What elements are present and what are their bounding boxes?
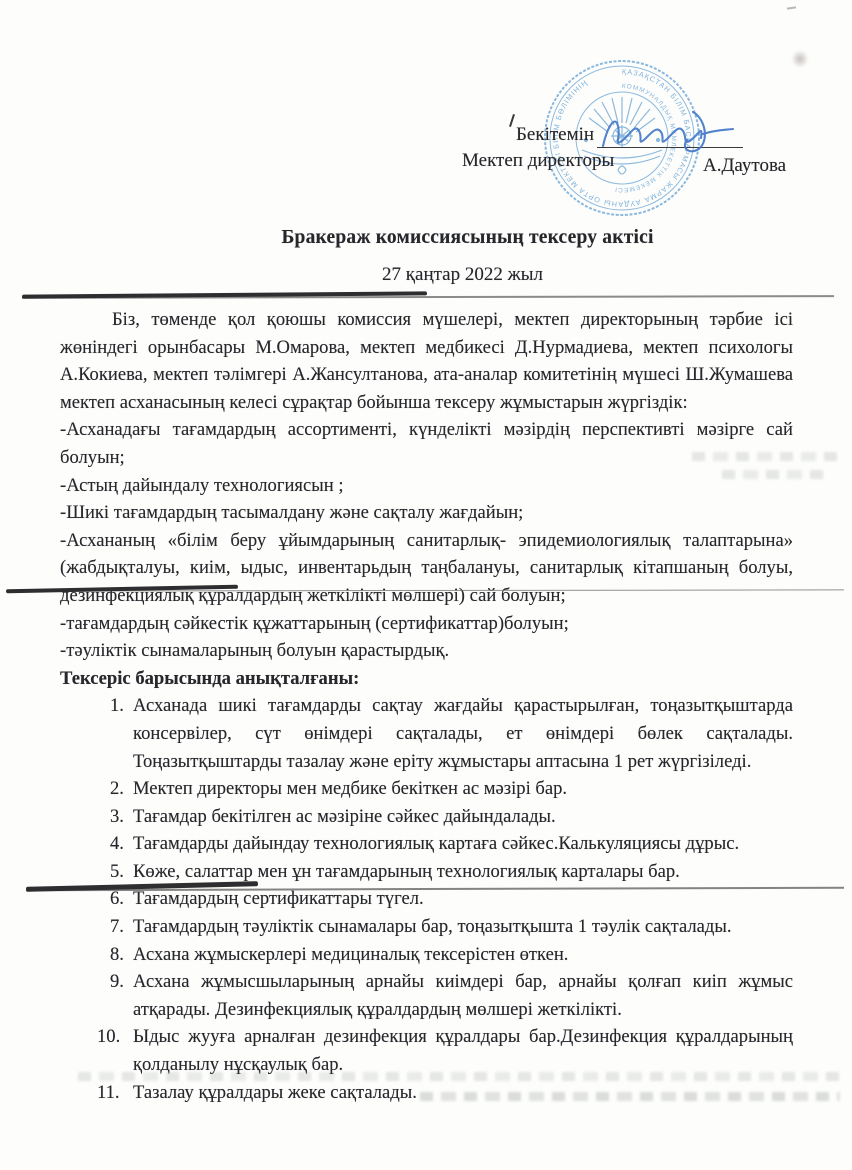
pen-tick-mark [509,114,515,127]
checklist-item: -Шикі тағамдардың тасымалдану және сақта… [60,499,793,527]
findings-heading: Тексеріс барысында анықталғаны: [60,665,793,693]
finding-text: Асхана жұмысшыларының арнайы киімдері ба… [133,971,793,1020]
finding-text: Көже, салаттар мен ұн тағамдарының техно… [133,861,680,882]
finding-number: 8. [110,941,124,969]
finding-item: 9.Асхана жұмысшыларының арнайы киімдері … [60,968,793,1023]
finding-item: 4.Тағамдарды дайындау технологиялық карт… [60,830,793,858]
checklist-item: -тәуліктік сынамаларының болуын қарастыр… [60,637,793,665]
finding-number: 2. [110,775,124,803]
finding-item: 1.Асханада шикі тағамдарды сақтау жағдай… [60,692,793,775]
scanned-document-page: ҚАЗАҚСТАН БІЛІМ БАСҚАРМАСЫ ЖАРМА АУДАНЫ … [0,0,852,1170]
finding-item: 3.Тағамдар бекітілген ас мәзіріне сәйкес… [60,803,793,831]
finding-text: Асханада шикі тағамдарды сақтау жағдайы … [133,695,793,771]
finding-number: 10. [97,1023,120,1051]
finding-item: 2.Мектеп директоры мен медбике бекіткен … [60,775,793,803]
finding-text: Ыдыс жууға арналған дезинфекция құралдар… [133,1026,793,1075]
finding-number: 7. [110,913,124,941]
approval-block: ҚАЗАҚСТАН БІЛІМ БАСҚАРМАСЫ ЖАРМА АУДАНЫ … [0,0,852,230]
finding-text: Тағамдардың тәуліктік сынамалары бар, то… [133,916,732,937]
finding-number: 1. [110,692,124,720]
document-date: 27 қаңтар 2022 жыл [0,264,852,286]
finding-text: Тағамдарды дайындау технологиялық картағ… [133,833,739,854]
finding-item: 7.Тағамдардың тәуліктік сынамалары бар, … [60,913,793,941]
checklist-item: -Асханадағы тағамдардың ассортименті, кү… [60,416,793,471]
director-name: А.Даутова [703,155,786,177]
scan-smudge [792,48,808,68]
checklist-item: -Астың дайындалу технологиясын ; [60,472,793,500]
finding-item: 8.Асхана жұмыскерлері медициналық тексер… [60,941,793,969]
finding-text: Асхана жұмыскерлері медициналық тексеріс… [133,944,568,965]
checklist-item: -Асхананың «білім беру ұйымдарының санит… [60,527,793,610]
finding-text: Тағамдардың сертификаттары түгел. [133,888,424,909]
finding-number: 5. [110,858,124,886]
finding-text: Мектеп директоры мен медбике бекіткен ас… [133,778,567,799]
finding-number: 9. [110,968,124,996]
finding-item: 10.Ыдыс жууға арналған дезинфекция құрал… [60,1023,793,1078]
bleedthrough-ghost-text [78,1072,840,1090]
bleedthrough-ghost-text [420,1092,840,1110]
document-body: Біз, төменде қол қоюшы комиссия мүшелері… [60,306,793,1106]
checklist-item: -тағамдардың сәйкестік құжаттарының (сер… [60,610,793,638]
director-label: Мектеп директоры [462,150,614,172]
intro-paragraph: Біз, төменде қол қоюшы комиссия мүшелері… [60,306,793,416]
finding-item: 5.Көже, салаттар мен ұн тағамдарының тех… [60,858,793,886]
finding-text: Тағамдар бекітілген ас мәзіріне сәйкес д… [133,806,556,827]
document-title: Бракераж комиссиясының тексеру актісі [0,227,852,249]
bleedthrough-ghost-text [692,452,842,488]
finding-number: 3. [110,803,124,831]
finding-number: 4. [110,830,124,858]
